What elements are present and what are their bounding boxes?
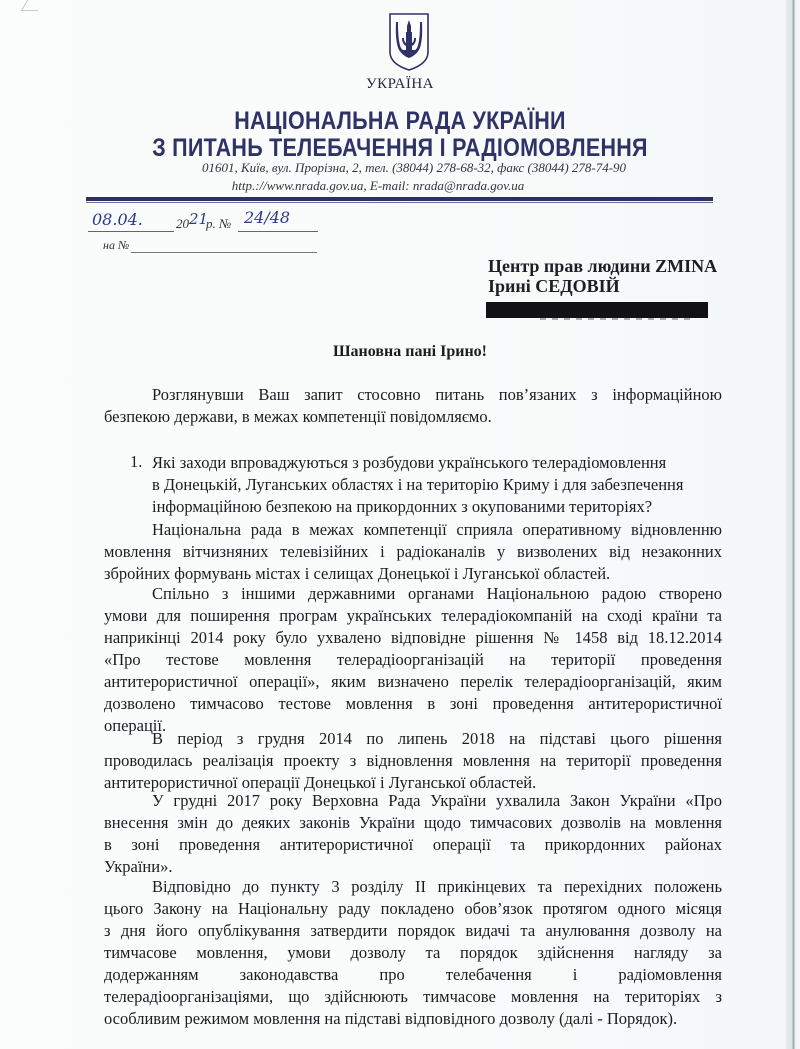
handwritten-date: 08.04.: [92, 210, 143, 229]
letterhead-rule-thin: [86, 202, 713, 203]
text-line: особливим режимом мовлення на підставі в…: [104, 1008, 722, 1030]
scanned-letter-page: УКРАЇНА НАЦІОНАЛЬНА РАДА УКРАЇНИ З ПИТАН…: [0, 0, 786, 1049]
year-suffix: р. №: [206, 216, 231, 232]
text-line: України».: [104, 856, 722, 878]
tryzub-coat-of-arms-icon: [387, 12, 431, 72]
intro-paragraph: Розглянувши Ваш запит стосовно питань по…: [104, 384, 722, 428]
registration-line: 08.04. 20 21 р. № 24/48: [88, 210, 318, 234]
text-line: У грудні 2017 року Верховна Рада України…: [104, 790, 722, 812]
question-text: Які заходи впроваджуються з розбудови ук…: [152, 452, 722, 518]
text-line: телерадіоорганізаціями, що здійснюють ти…: [104, 986, 722, 1008]
text-line: збройних формувань містах і селищах Доне…: [104, 563, 722, 585]
scan-page-edge: [786, 0, 800, 1049]
salutation: Шановна пані Ірино!: [0, 343, 800, 361]
question-number: 1.: [130, 452, 142, 472]
handwritten-number: 24/48: [244, 208, 290, 227]
redacted-address-block: [486, 302, 708, 318]
text-line: умови для поширення програм українських …: [104, 605, 722, 627]
redaction-residue: [540, 318, 690, 320]
text-line: Відповідно до пункту 3 розділу II прикін…: [104, 876, 722, 898]
number-underline: [238, 231, 318, 232]
text-line: антитерористичної операції», яким визнач…: [104, 671, 722, 693]
text-line: додержанням законодавства про телебаченн…: [104, 964, 722, 986]
paragraph-4: У грудні 2017 року Верховна Рада України…: [104, 790, 722, 878]
text-line: в зоні проведення антитерористичної опер…: [104, 834, 722, 856]
text-line: Національна рада в межах компетенції спр…: [104, 519, 722, 541]
country-label: УКРАЇНА: [0, 76, 800, 93]
text-line: В період з грудня 2014 по липень 2018 на…: [104, 728, 722, 750]
text-line: тимчасове мовлення, умови дозволу та пор…: [104, 942, 722, 964]
text-line: дозволено тимчасово тестове мовлення в з…: [104, 693, 722, 715]
org-web-email: http.://www.nrada.gov.ua, E-mail: nrada@…: [0, 178, 778, 194]
text-line: внесення змін до деяких законів України …: [104, 812, 722, 834]
letterhead-rule: [86, 197, 713, 201]
text-line: Які заходи впроваджуються з розбудови ук…: [152, 452, 722, 474]
addressee-organization: Центр прав людини ZMINA: [488, 256, 717, 277]
text-line: інформаційною безпекою на прикордонних з…: [152, 496, 722, 518]
year-prefix: 20: [176, 216, 189, 232]
paragraph-1: Національна рада в межах компетенції спр…: [104, 519, 722, 585]
text-line: Розглянувши Ваш запит стосовно питань по…: [104, 384, 722, 406]
text-line: безпекою держави, в межах компетенції по…: [104, 406, 722, 428]
date-underline: [88, 231, 174, 232]
text-line: з дня його опублікування затвердити поря…: [104, 920, 722, 942]
text-line: Спільно з іншими державними органами Нац…: [104, 583, 722, 605]
text-line: цього Закону на Національну раду покладе…: [104, 898, 722, 920]
reply-to-label: на №: [103, 238, 129, 253]
text-line: проводилась реалізація проекту з відновл…: [104, 750, 722, 772]
text-line: мовлення вітчизняних телевізійних і раді…: [104, 541, 722, 563]
scan-mark: [21, 0, 44, 11]
text-line: в Донецькій, Луганських областях і на те…: [152, 474, 722, 496]
paragraph-2: Спільно з іншими державними органами Нац…: [104, 583, 722, 737]
org-address: 01601, Київ, вул. Прорізна, 2, тел. (380…: [14, 160, 800, 176]
org-title-line1: НАЦІОНАЛЬНА РАДА УКРАЇНИ: [56, 107, 744, 136]
reply-to-underline: [131, 252, 317, 253]
paragraph-5: Відповідно до пункту 3 розділу II прикін…: [104, 876, 722, 1030]
text-line: наприкінці 2014 року було ухвалено відпо…: [104, 627, 722, 649]
addressee-name: Ірині СЕДОВІЙ: [488, 276, 620, 297]
org-title-line2: З ПИТАНЬ ТЕЛЕБАЧЕННЯ І РАДІОМОВЛЕННЯ: [56, 134, 744, 163]
paragraph-3: В період з грудня 2014 по липень 2018 на…: [104, 728, 722, 794]
text-line: «Про тестове мовлення телерадіоорганізац…: [104, 649, 722, 671]
